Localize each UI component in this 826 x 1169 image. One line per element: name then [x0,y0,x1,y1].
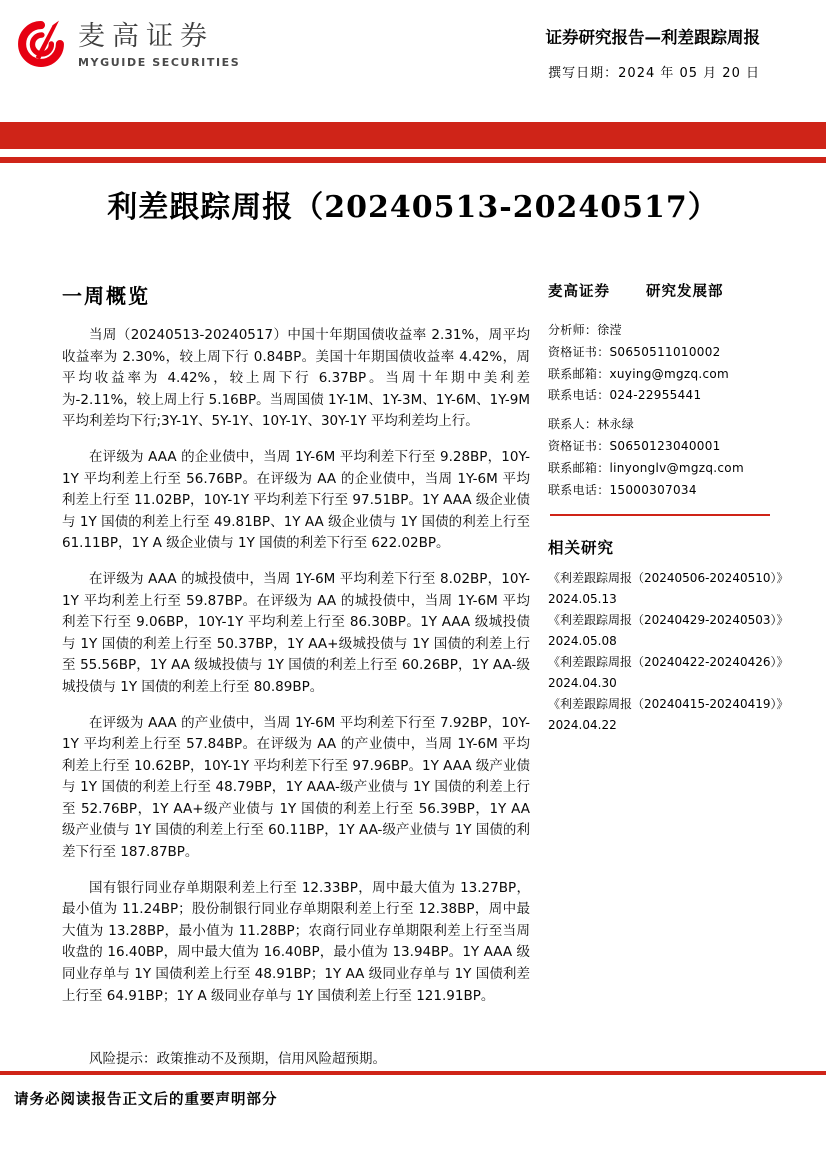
overview-section: 一周概览 当周（20240513-20240517）中国十年期国债收益率 2.3… [62,280,530,1085]
analyst-name-line: 分析师：徐滢 [548,320,814,342]
report-page: 麦高证券 MYGUIDE SECURITIES 证券研究报告—利差跟踪周报 撰写… [0,0,826,1169]
brand-name: 麦高证券 [78,22,240,52]
overview-heading: 一周概览 [62,280,530,309]
related-research-item: 《利差跟踪周报（20240422-20240426）》2024.04.30 [548,652,814,694]
overview-paragraph: 在评级为 AAA 的城投债中，当周 1Y-6M 平均利差下行至 8.02BP，1… [62,569,530,699]
analyst-block: 分析师：徐滢 资格证书：S0650511010002 联系邮箱：xuying@m… [548,320,814,407]
report-type-label: 证券研究报告—利差跟踪周报 [546,24,761,48]
info-sidebar: 麦高证券 研究发展部 分析师：徐滢 资格证书：S0650511010002 联系… [548,280,814,736]
contact-phone-line: 联系电话：15000307034 [548,480,814,502]
overview-paragraph: 国有银行同业存单期限利差上行至 12.33BP，周中最大值为 13.27BP，最… [62,878,530,1008]
overview-paragraph: 在评级为 AAA 的产业债中，当周 1Y-6M 平均利差下行至 7.92BP，1… [62,713,530,864]
page-title: 利差跟踪周报（20240513-20240517） [0,182,826,226]
related-research-item: 《利差跟踪周报（20240429-20240503）》2024.05.08 [548,610,814,652]
dept-name: 研究发展部 [646,280,724,301]
header-right: 证券研究报告—利差跟踪周报 撰写日期：2024 年 05 月 20 日 [546,24,761,81]
footer-disclaimer: 请务必阅读报告正文后的重要声明部分 [14,1088,278,1109]
overview-paragraph: 在评级为 AAA 的企业债中，当周 1Y-6M 平均利差下行至 9.28BP，1… [62,447,530,555]
risk-note: 风险提示：政策推动不及预期，信用风险超预期。 [62,1049,530,1071]
org-name: 麦高证券 [548,280,610,301]
brand-subtitle: MYGUIDE SECURITIES [78,56,240,69]
red-band-thin [0,157,826,163]
analyst-email-line: 联系邮箱：xuying@mgzq.com [548,364,814,386]
analyst-phone-line: 联系电话：024-22955441 [548,385,814,407]
myguide-logo-icon [14,16,68,72]
overview-paragraph: 当周（20240513-20240517）中国十年期国债收益率 2.31%，周平… [62,325,530,433]
report-date: 撰写日期：2024 年 05 月 20 日 [546,62,761,81]
brand-text: 麦高证券 MYGUIDE SECURITIES [78,16,240,69]
related-research-heading: 相关研究 [548,536,814,558]
contact-name-line: 联系人：林永绿 [548,414,814,436]
department-header: 麦高证券 研究发展部 [548,280,814,301]
analyst-cert-line: 资格证书：S0650511010002 [548,342,814,364]
contact-cert-line: 资格证书：S0650123040001 [548,436,814,458]
contact-email-line: 联系邮箱：linyonglv@mgzq.com [548,458,814,480]
footer-rule [0,1071,826,1075]
related-research-item: 《利差跟踪周报（20240506-20240510）》2024.05.13 [548,568,814,610]
red-band-thick [0,122,826,149]
sidebar-divider [550,514,770,516]
brand: 麦高证券 MYGUIDE SECURITIES [14,16,240,72]
contact-block: 联系人：林永绿 资格证书：S0650123040001 联系邮箱：linyong… [548,414,814,501]
related-research-item: 《利差跟踪周报（20240415-20240419）》2024.04.22 [548,694,814,736]
